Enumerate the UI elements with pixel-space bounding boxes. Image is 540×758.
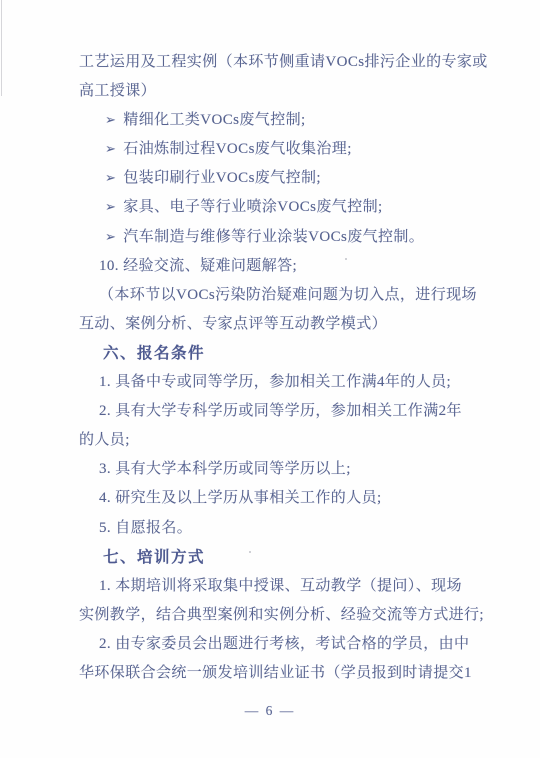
bullet-item: ➢石油炼制过程VOCs废气收集治理; (79, 135, 489, 164)
page-number: — 6 — (0, 703, 540, 719)
bullet-item: ➢精细化工类VOCs废气控制; (79, 106, 489, 135)
text-line: 实例教学，结合典型案例和实例分析、经验交流等方式进行; (79, 601, 489, 630)
text-line: 10. 经验交流、疑难问题解答; (79, 252, 489, 281)
bullet-item: ➢家具、电子等行业喷涂VOCs废气控制; (79, 193, 489, 222)
text-line: 3. 具有大学本科学历或同等学历以上; (79, 455, 489, 484)
text-line: 高工授课） (79, 77, 489, 106)
text-line: 工艺运用及工程实例（本环节侧重请VOCs排污企业的专家或 (79, 48, 489, 77)
text-line: 1. 具备中专或同等学历，参加相关工作满4年的人员; (79, 368, 489, 397)
arrow-bullet-icon: ➢ (105, 113, 116, 128)
text-line: 4. 研究生及以上学历从事相关工作的人员; (79, 484, 489, 513)
scan-artifact-speck (249, 551, 251, 553)
arrow-bullet-icon: ➢ (105, 230, 116, 245)
text-line: 5. 自愿报名。 (79, 514, 489, 543)
bullet-text: 家具、电子等行业喷涂VOCs废气控制; (123, 199, 382, 215)
document-content: 工艺运用及工程实例（本环节侧重请VOCs排污企业的专家或 高工授课） ➢精细化工… (79, 48, 489, 688)
scan-artifact-speck (345, 258, 347, 260)
text-line: （本环节以VOCs污染防治疑难问题为切入点，进行现场 (79, 281, 489, 310)
text-line: 互动、案例分析、专家点评等互动教学模式） (79, 310, 489, 339)
scan-edge-artifact (1, 0, 2, 96)
bullet-item: ➢汽车制造与维修等行业涂装VOCs废气控制。 (79, 223, 489, 252)
section-heading: 六、报名条件 (79, 339, 489, 368)
arrow-bullet-icon: ➢ (105, 200, 116, 215)
document-page: 工艺运用及工程实例（本环节侧重请VOCs排污企业的专家或 高工授课） ➢精细化工… (0, 0, 540, 758)
bullet-text: 包装印刷行业VOCs废气控制; (123, 170, 321, 186)
section-heading: 七、培训方式 (79, 543, 489, 572)
text-line: 2. 具有大学专科学历或同等学历，参加相关工作满2年 (79, 397, 489, 426)
text-line: 的人员; (79, 426, 489, 455)
arrow-bullet-icon: ➢ (105, 142, 116, 157)
bullet-text: 石油炼制过程VOCs废气收集治理; (123, 141, 351, 157)
bullet-item: ➢包装印刷行业VOCs废气控制; (79, 164, 489, 193)
bullet-text: 精细化工类VOCs废气控制; (123, 112, 305, 128)
text-line: 1. 本期培训将采取集中授课、互动教学（提问）、现场 (79, 572, 489, 601)
text-line: 华环保联合会统一颁发培训结业证书（学员报到时请提交1 (79, 659, 489, 688)
bullet-text: 汽车制造与维修等行业涂装VOCs废气控制。 (123, 229, 424, 245)
text-line: 2. 由专家委员会出题进行考核，考试合格的学员，由中 (79, 630, 489, 659)
arrow-bullet-icon: ➢ (105, 171, 116, 186)
